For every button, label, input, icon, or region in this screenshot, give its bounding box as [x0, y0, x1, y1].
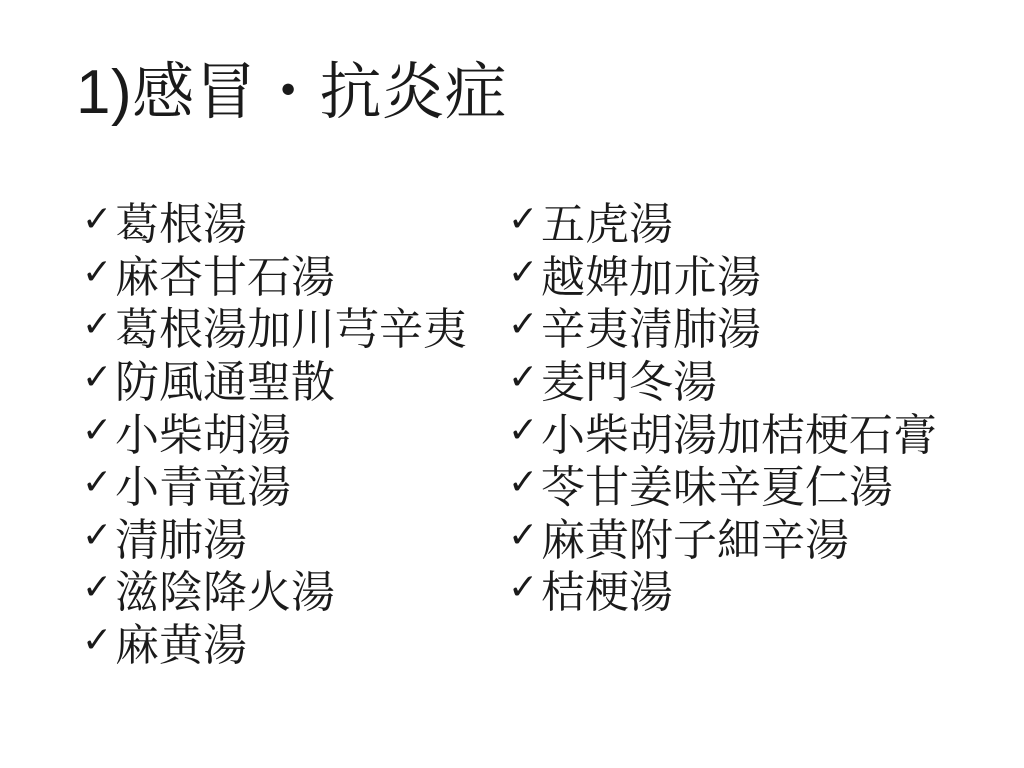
- check-icon: ✓: [508, 254, 541, 290]
- check-icon: ✓: [82, 517, 115, 553]
- check-icon: ✓: [82, 306, 115, 342]
- check-icon: ✓: [508, 359, 541, 395]
- list-item: ✓ 越婢加朮湯: [508, 247, 937, 300]
- check-icon: ✓: [82, 201, 115, 237]
- list-item: ✓ 苓甘姜味辛夏仁湯: [508, 457, 937, 510]
- list-item: ✓ 麻黄附子細辛湯: [508, 510, 937, 563]
- remedy-list-left: ✓ 葛根湯 ✓ 麻杏甘石湯 ✓ 葛根湯加川芎辛夷 ✓ 防風通聖散 ✓ 小柴胡湯 …: [82, 194, 467, 667]
- list-item: ✓ 五虎湯: [508, 194, 937, 247]
- remedy-list-right: ✓ 五虎湯 ✓ 越婢加朮湯 ✓ 辛夷清肺湯 ✓ 麦門冬湯 ✓ 小柴胡湯加桔梗石膏…: [508, 194, 937, 615]
- check-icon: ✓: [508, 517, 541, 553]
- remedy-name: 麻黄湯: [115, 609, 247, 673]
- check-icon: ✓: [82, 464, 115, 500]
- list-item: ✓ 辛夷清肺湯: [508, 299, 937, 352]
- slide-title: 1)感冒・抗炎症: [76, 56, 507, 129]
- check-icon: ✓: [82, 569, 115, 605]
- check-icon: ✓: [82, 359, 115, 395]
- check-icon: ✓: [82, 254, 115, 290]
- list-item: ✓ 小柴胡湯: [82, 404, 467, 457]
- check-icon: ✓: [508, 464, 541, 500]
- slide: 1)感冒・抗炎症 ✓ 葛根湯 ✓ 麻杏甘石湯 ✓ 葛根湯加川芎辛夷 ✓ 防風通聖…: [0, 0, 1024, 768]
- check-icon: ✓: [508, 306, 541, 342]
- check-icon: ✓: [82, 622, 115, 658]
- list-item: ✓ 小青竜湯: [82, 457, 467, 510]
- check-icon: ✓: [508, 412, 541, 448]
- list-item: ✓ 葛根湯: [82, 194, 467, 247]
- check-icon: ✓: [508, 201, 541, 237]
- list-item: ✓ 麦門冬湯: [508, 352, 937, 405]
- list-item: ✓ 麻黄湯: [82, 615, 467, 668]
- list-item: ✓ 小柴胡湯加桔梗石膏: [508, 404, 937, 457]
- list-item: ✓ 葛根湯加川芎辛夷: [82, 299, 467, 352]
- check-icon: ✓: [82, 412, 115, 448]
- list-item: ✓ 麻杏甘石湯: [82, 247, 467, 300]
- list-item: ✓ 清肺湯: [82, 510, 467, 563]
- list-item: ✓ 防風通聖散: [82, 352, 467, 405]
- check-icon: ✓: [508, 569, 541, 605]
- list-item: ✓ 滋陰降火湯: [82, 562, 467, 615]
- list-item: ✓ 桔梗湯: [508, 562, 937, 615]
- remedy-name: 桔梗湯: [541, 556, 673, 620]
